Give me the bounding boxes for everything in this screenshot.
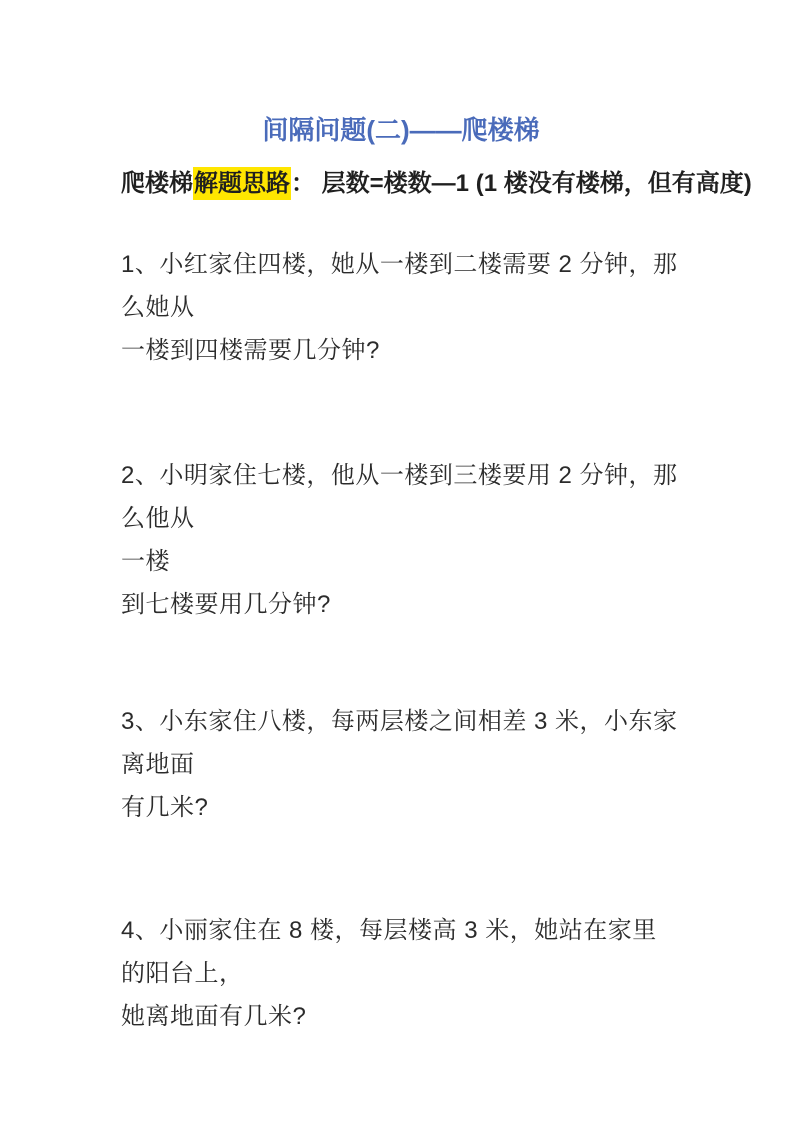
problem-2: 2、小明家住七楼，他从一楼到三楼要用 2 分钟，那么他从 一楼 到七楼要用几分钟… [121, 454, 681, 626]
problem-1-line-1: 1、小红家住四楼，她从一楼到二楼需要 2 分钟，那么她从 [121, 243, 681, 329]
problem-1: 1、小红家住四楼，她从一楼到二楼需要 2 分钟，那么她从 一楼到四楼需要几分钟? [121, 243, 681, 372]
key-point-highlight: 解题思路 [193, 167, 291, 200]
problem-4-line-1: 4、小丽家住在 8 楼，每层楼高 3 米，她站在家里的阳台上， [121, 909, 681, 995]
page-title: 间隔问题(二)——爬楼梯 [121, 112, 681, 148]
problem-1-line-2: 一楼到四楼需要几分钟? [121, 329, 681, 372]
key-point-line: 爬楼梯解题思路： 层数=楼数—1 (1 楼没有楼梯，但有高度) [121, 165, 681, 203]
problem-4-line-2: 她离地面有几米? [121, 995, 681, 1038]
problem-2-line-2: 一楼 [121, 540, 681, 583]
key-point-prefix: 爬楼梯 [121, 170, 193, 197]
key-point-formula: ： 层数=楼数—1 (1 楼没有楼梯，但有高度) [291, 170, 752, 197]
problem-2-line-1: 2、小明家住七楼，他从一楼到三楼要用 2 分钟，那么他从 [121, 454, 681, 540]
problem-2-line-3: 到七楼要用几分钟? [121, 583, 681, 626]
problem-3-line-2: 有几米? [121, 786, 681, 829]
problem-4: 4、小丽家住在 8 楼，每层楼高 3 米，她站在家里的阳台上， 她离地面有几米? [121, 909, 681, 1038]
problem-3: 3、小东家住八楼，每两层楼之间相差 3 米，小东家离地面 有几米? [121, 700, 681, 829]
problem-3-line-1: 3、小东家住八楼，每两层楼之间相差 3 米，小东家离地面 [121, 700, 681, 786]
worksheet-page: 间隔问题(二)——爬楼梯 爬楼梯解题思路： 层数=楼数—1 (1 楼没有楼梯，但… [0, 0, 793, 1121]
